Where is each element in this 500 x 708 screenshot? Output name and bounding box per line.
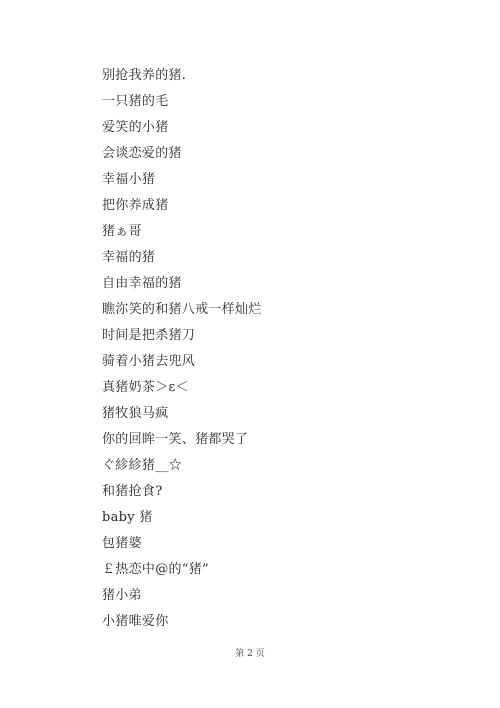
list-item: 爱笑的小猪 bbox=[102, 115, 262, 141]
list-item: ￡热恋中@的“猪” bbox=[102, 557, 262, 583]
list-item: 小猪唯爱你 bbox=[102, 609, 262, 635]
document-page: 别抢我养的猪. 一只猪的毛 爱笑的小猪 会谈恋爱的猪 幸福小猪 把你养成猪 猪ぁ… bbox=[0, 0, 500, 708]
list-item: 把你养成猪 bbox=[102, 193, 262, 219]
list-item: 猪牧狼马疯 bbox=[102, 401, 262, 427]
list-item: 时间是把杀猪刀 bbox=[102, 323, 262, 349]
list-item: 别抢我养的猪. bbox=[102, 63, 262, 89]
list-item: 包猪婆 bbox=[102, 531, 262, 557]
list-item: 幸福的猪 bbox=[102, 245, 262, 271]
page-number: 第 2 页 bbox=[0, 646, 500, 659]
list-item: 瞧沵笑的和猪八戒一样灿烂 bbox=[102, 297, 262, 323]
nickname-list: 别抢我养的猪. 一只猪的毛 爱笑的小猪 会谈恋爱的猪 幸福小猪 把你养成猪 猪ぁ… bbox=[102, 63, 262, 635]
list-item: 猪ぁ哥 bbox=[102, 219, 262, 245]
list-item: ぐ紾紾猪__☆ bbox=[102, 453, 262, 479]
list-item: 你的回眸一笑、猪都哭了 bbox=[102, 427, 262, 453]
list-item: 真猪奶茶＞ε＜ bbox=[102, 375, 262, 401]
list-item: 会谈恋爱的猪 bbox=[102, 141, 262, 167]
list-item: 和猪抢食? bbox=[102, 479, 262, 505]
list-item: 骑着小猪去兜风 bbox=[102, 349, 262, 375]
list-item: baby 猪 bbox=[102, 505, 262, 531]
list-item: 猪小弟 bbox=[102, 583, 262, 609]
list-item: 自由幸福的猪 bbox=[102, 271, 262, 297]
list-item: 一只猪的毛 bbox=[102, 89, 262, 115]
list-item: 幸福小猪 bbox=[102, 167, 262, 193]
